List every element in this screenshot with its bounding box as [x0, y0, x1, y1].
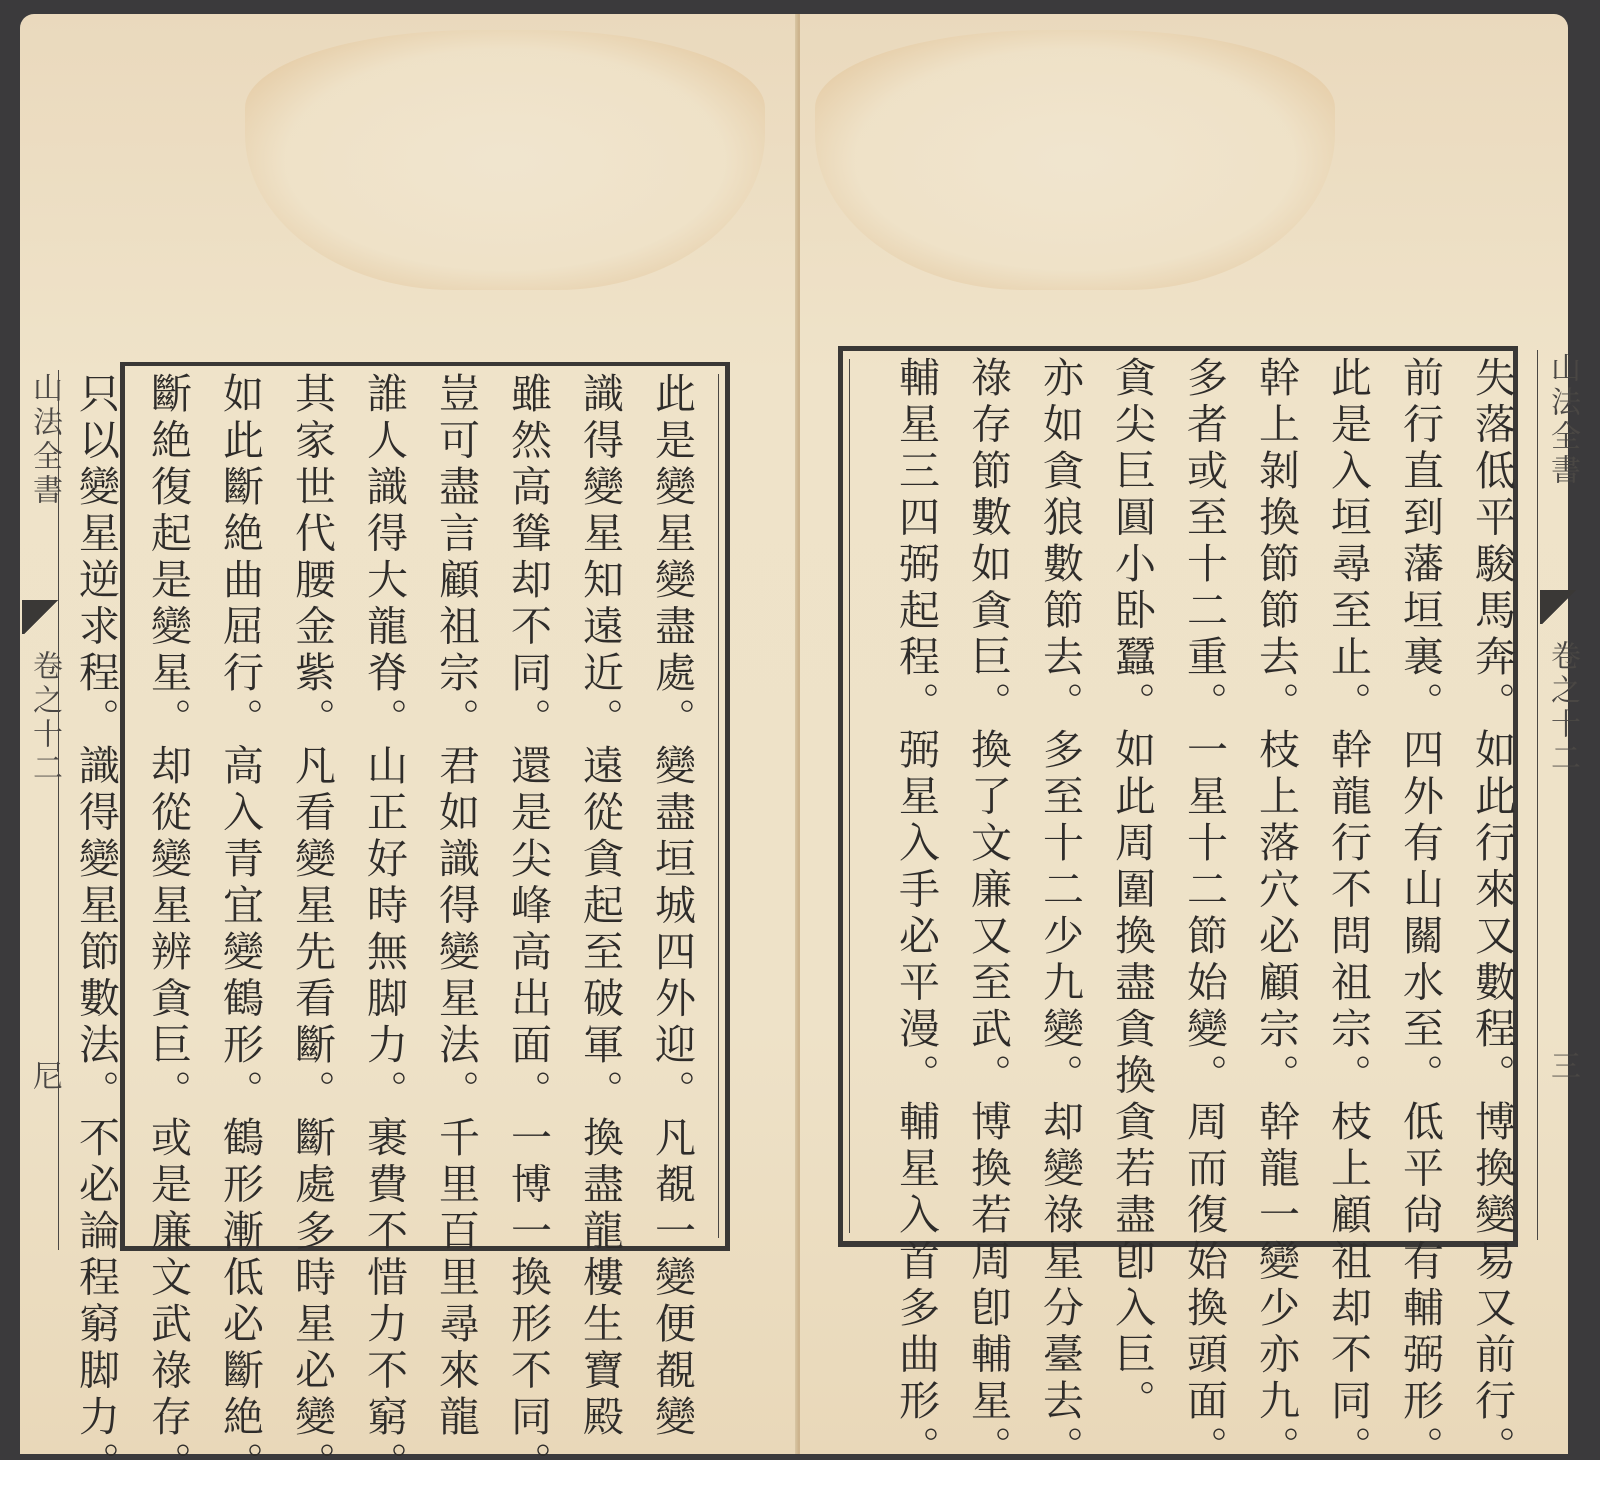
water-stain	[245, 30, 765, 290]
margin-book-title: 山法全書	[22, 372, 66, 508]
margin-page-number: 三	[1540, 1050, 1584, 1084]
text-column: 祿存節數如貪巨。換了文廉又至武。博換若周卽輔星。	[966, 356, 1010, 1472]
text-column: 幹上剝換節節去。枝上落穴必顧宗。幹龍一變少亦九。	[1254, 356, 1298, 1472]
text-column: 豈可盡言顧祖宗。君如識得變星法。千里百里尋來龍	[434, 372, 478, 1442]
text-column: 失落低平駿馬奔。如此行來又數程。博換變易又前行。	[1470, 356, 1514, 1472]
text-column: 誰人識得大龍脊。山正好時無脚力。裹費不惜力不窮。	[362, 372, 406, 1488]
text-column: 只以變星逆求程。識得變星節數法。不必論程窮脚力。	[74, 372, 118, 1488]
frame-inner-rule	[849, 359, 850, 1233]
water-stain	[815, 30, 1335, 290]
frame-inner-rule	[718, 374, 719, 1238]
text-column: 雖然高聳却不同。還是尖峰高出面。一博一換形不同。	[506, 372, 550, 1488]
text-column: 輔星三四弼起程。弼星入手必平漫。輔星入首多曲形。	[894, 356, 938, 1472]
text-column: 此是變星變盡處。變盡垣城四外迎。凡覩一變便覩變	[650, 372, 694, 1442]
text-column: 前行直到藩垣裏。四外有山關水至。低平尙有輔弼形。	[1398, 356, 1442, 1472]
margin-book-title: 山法全書	[1540, 352, 1584, 488]
margin-volume: 卷之十二	[1540, 640, 1584, 776]
text-column: 識得變星知遠近。遠從貪起至破軍。換盡龍樓生寶殿	[578, 372, 622, 1442]
text-column: 多者或至十二重。一星十二節始變。周而復始換頭面。	[1182, 356, 1226, 1472]
margin-page-number: 尼	[22, 1060, 66, 1094]
text-column: 斷絶復起是變星。却從變星辨貪巨。或是廉文武祿存。	[146, 372, 190, 1488]
text-column: 貪尖巨圓小卧蠶。如此周圍換盡貪換貪若盡卽入巨。	[1110, 356, 1154, 1426]
text-column: 亦如貪狼數節去。多至十二少九變。却變祿星分臺去。	[1038, 356, 1082, 1472]
margin-volume: 卷之十二	[22, 650, 66, 786]
margin-rule	[1537, 350, 1538, 1240]
text-column: 此是入垣尋至止。幹龍行不問祖宗。枝上顧祖却不同。	[1326, 356, 1370, 1472]
fish-tail-mark	[22, 600, 60, 634]
fish-tail-mark	[1540, 590, 1578, 624]
left-page-text-frame	[120, 362, 730, 1251]
text-column: 其家世代腰金紫。凡看變星先看斷。斷處多時星必變。	[290, 372, 334, 1488]
text-column: 如此斷絶曲屈行。高入青宜變鶴形。鶴形漸低必斷絶。	[218, 372, 262, 1488]
